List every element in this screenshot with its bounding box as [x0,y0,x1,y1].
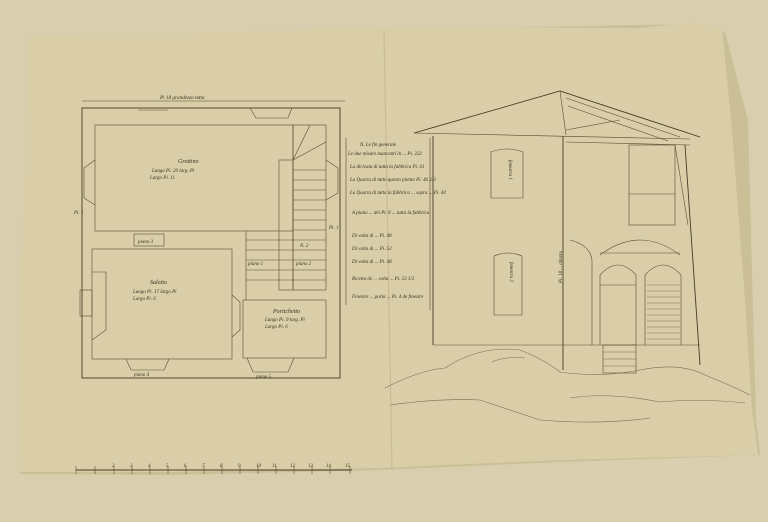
scale-tick-13: 14 [326,464,332,469]
window-label-stair-1: piano 1 [247,262,263,267]
window-label-4: piano 4 [133,373,150,378]
room-grottino-dims-2: Largo Pi. 11 [149,176,175,181]
room-salotto-dims-1: Lungo Pi. 17 largo Pi [132,290,177,295]
scale-tick-10: 11 [272,464,277,469]
scale-tick-14: 15 [345,464,351,469]
scale-tick-12: 13 [308,464,314,469]
window-label-5: piano 5 [255,375,272,380]
scale-tick-9: 10 [256,464,262,469]
drawing-canvas: Pi 18 grandezza tutta Grottino Lungo Pi.… [0,0,768,522]
notes-line-1: La dirivata di tutta la fabbrica Pi. 61 [349,165,424,170]
notes-line-2: La Quarta di tutto questo pianto Pi. 46 … [349,178,436,183]
stair-label: N. 2 [299,244,309,249]
window-label-3: piano 3 [137,240,154,245]
height-label: Pi. 18 ... altezza [559,250,564,284]
notes-line-6: Di volta di ... Pi. 52 [351,247,392,252]
room-grottino-title: Grottino [178,159,198,165]
lower-window-label: fenestra 2 [508,262,513,282]
notes-line-8: Ricetta de ... volta ... Pi. 53 1/2 [351,277,415,282]
room-salotto-dims-2: Largo Pi. 6 [132,297,156,302]
room-grottino-dims-1: Lungo Pi. 20 larg. Pi [151,169,195,174]
notes-line-7: Di volta di ... Pi. 48 [351,260,392,265]
scale-tick-11: 12 [290,464,296,469]
notes-line-3: La Quarta di tutta la fabbrica ... sopra… [349,191,446,196]
side-label-left: Pi. 1 [73,211,83,216]
notes-line-9: Finestre ... porta ... Pi. 4 de finestre [351,295,424,300]
notes-line-0: Le due misure mancanti in ... Pi. 222 [347,152,422,157]
room-portichetto-dims-1: Lungo Pi. 9 larg. Pi [264,318,305,323]
window-label-stair-2: piano 2 [295,262,312,267]
upper-window-label: fenestra 1 [507,160,512,180]
notes-title: N. Le fin generale [359,143,397,148]
notes-line-5: Di volta di ... Pi. 48 [351,234,392,239]
room-salotto-title: Salotto [150,280,167,286]
side-label-right: Pi. 1 [328,226,338,231]
room-portichetto-title: Portichetto [272,309,300,315]
notes-line-4: A piano ... dei Pi. 8 ... tutta la fabbr… [351,211,430,216]
room-portichetto-dims-2: Largo Pi. 6 [264,325,288,330]
plan-top-dimension-label: Pi 18 grandezza tutta [159,95,205,101]
